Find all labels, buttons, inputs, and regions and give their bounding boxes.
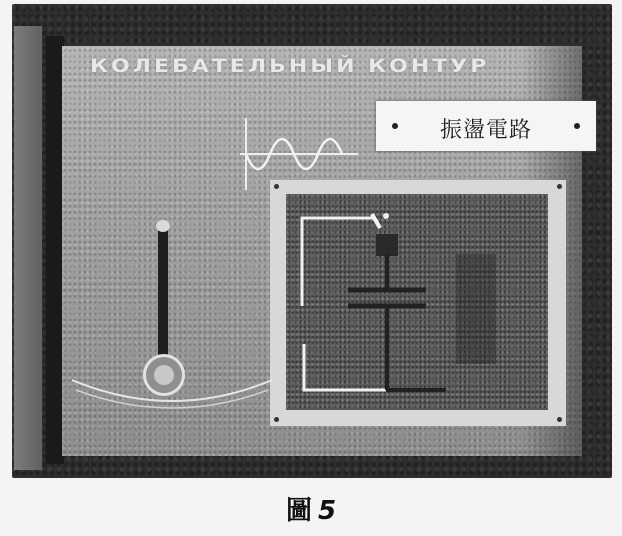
knob-center — [154, 365, 174, 385]
label-placard: 振盪電路 — [376, 101, 596, 151]
board-left-edge — [14, 26, 42, 470]
screw-icon — [557, 417, 562, 422]
oscillating-circuit-diagram — [286, 194, 548, 410]
rotary-knob — [143, 354, 185, 396]
figure-caption: 圖5 — [0, 490, 622, 527]
board-title: КОЛЕБАТЕЛЬНЫЙ КОНТУР — [90, 56, 560, 77]
meter-pointer — [158, 224, 168, 370]
screw-icon — [574, 123, 580, 129]
screw-icon — [274, 184, 279, 189]
caption-number: 5 — [318, 496, 336, 526]
caption-prefix: 圖 — [286, 496, 312, 526]
circuit-diagram-area — [286, 194, 548, 410]
placard-text: 振盪電路 — [376, 113, 596, 144]
circuit-panel — [270, 180, 566, 426]
screw-icon — [557, 184, 562, 189]
pointer-tip — [156, 220, 170, 232]
